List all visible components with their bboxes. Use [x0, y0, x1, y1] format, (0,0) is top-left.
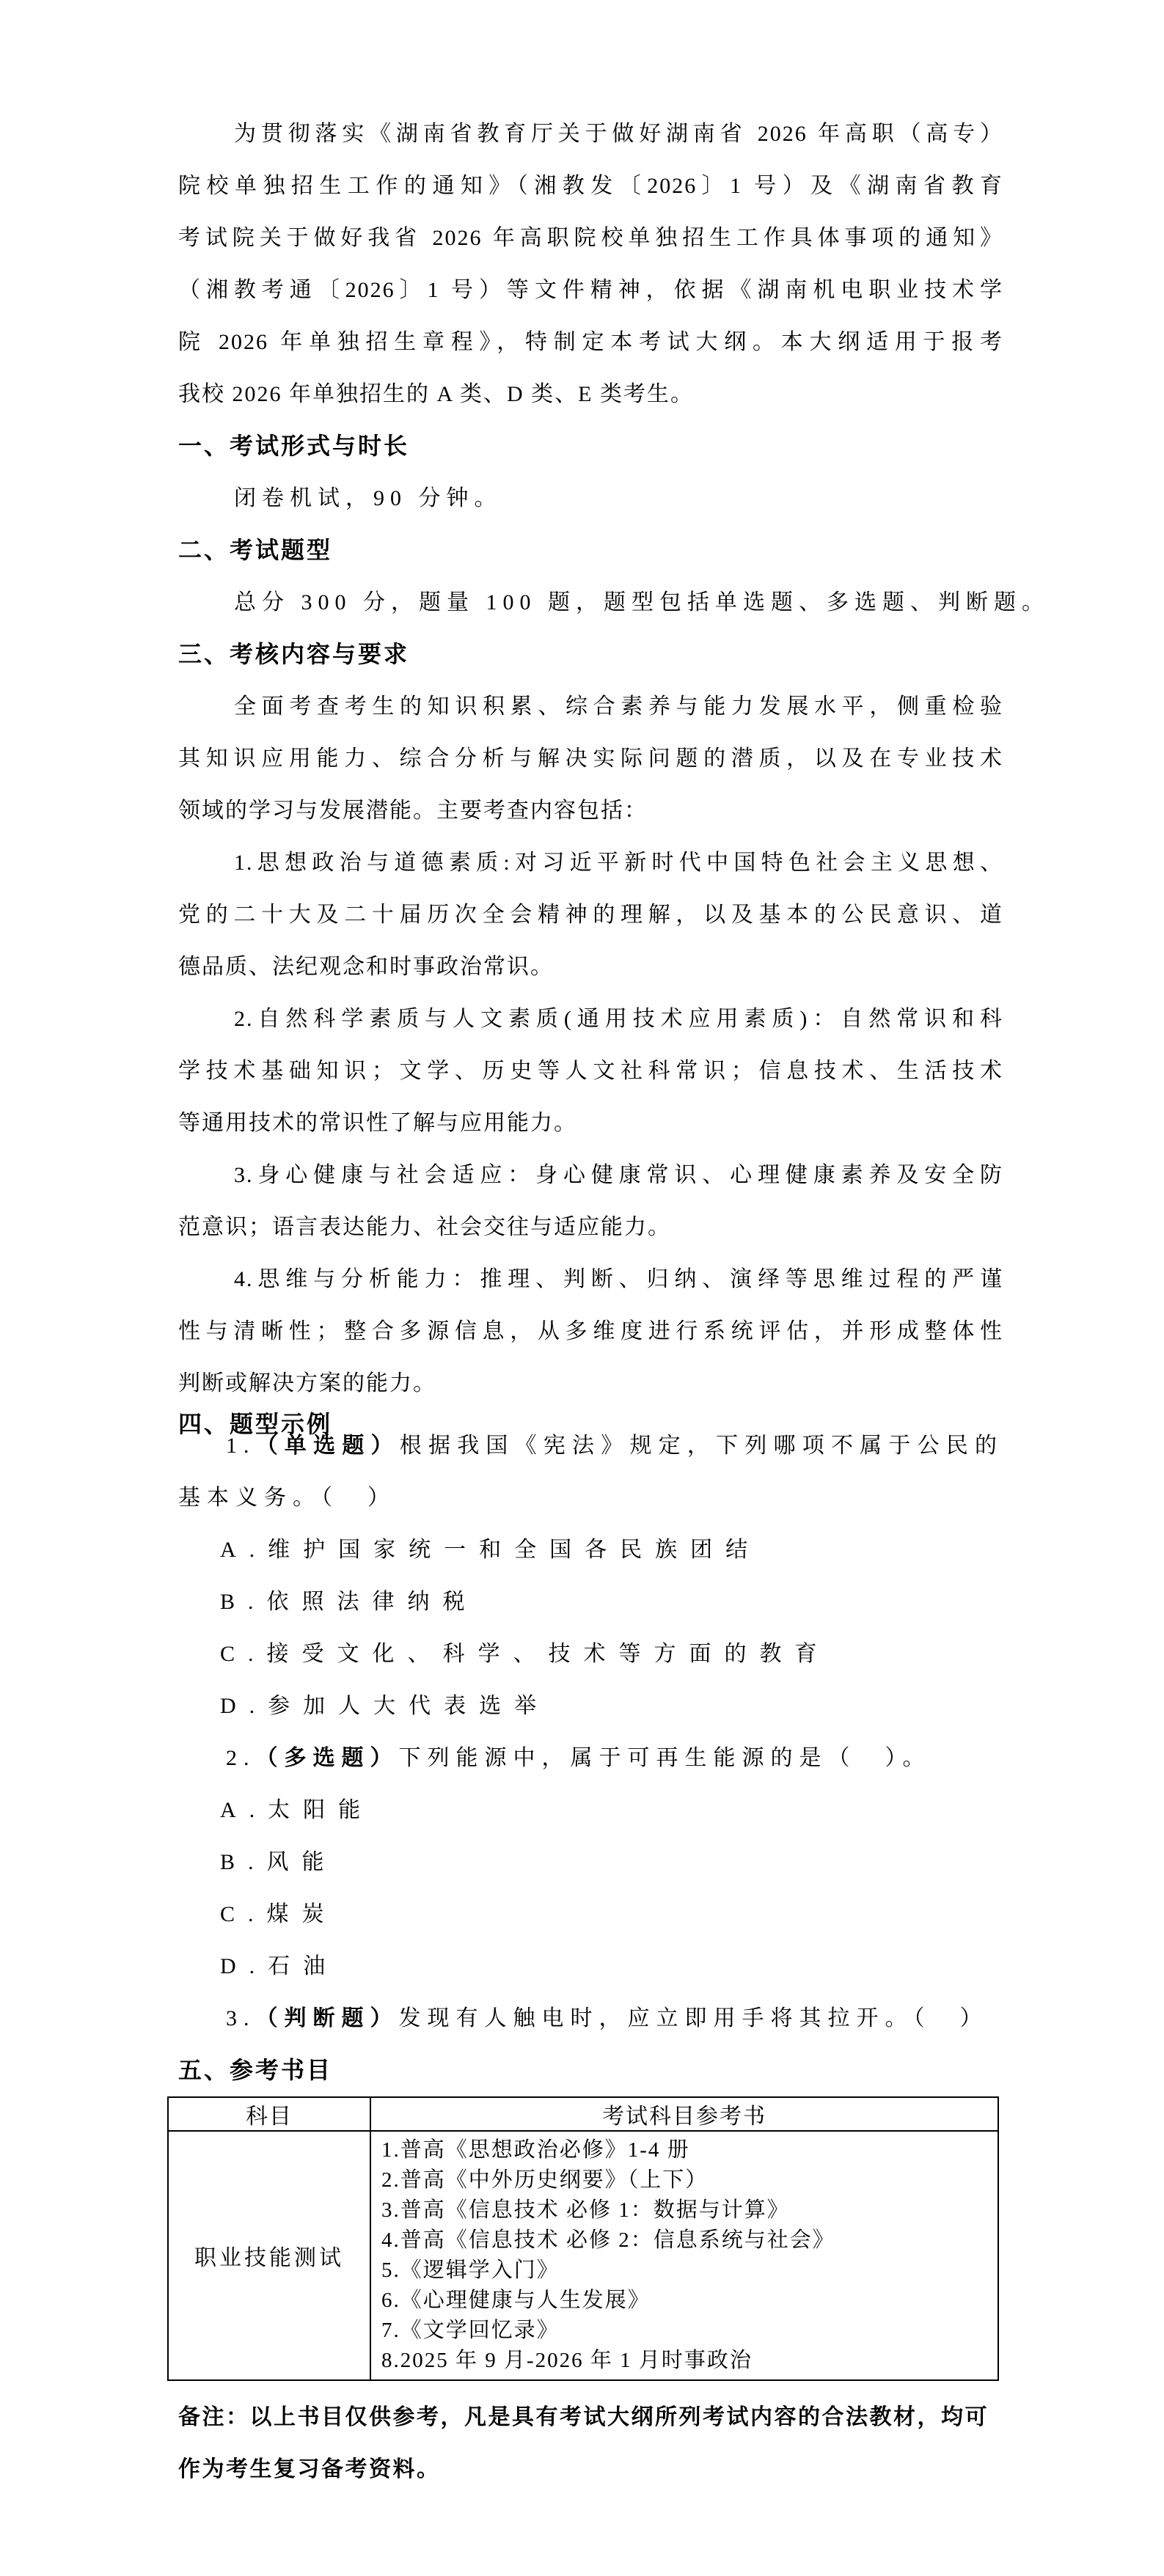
section-5-heading: 五、参考书目: [178, 2044, 1003, 2096]
section-3-item-1: 1.思想政治与道德素质:对习近平新时代中国特色社会主义思想、党的二十大及二十届历…: [178, 837, 1003, 993]
question-3: 3.（判断题）发现有人触电时，应立即用手将其拉开。（ ）: [178, 1992, 1003, 2044]
document-body: 为贯彻落实《湖南省教育厅关于做好湖南省 2026 年高职（高专）院校单独招生工作…: [178, 0, 1003, 2495]
question-3-type-badge: （判断题）: [256, 2006, 399, 2030]
section-1-heading: 一、考试形式与时长: [178, 420, 1003, 472]
document-page: 为贯彻落实《湖南省教育厅关于做好湖南省 2026 年高职（高专）院校单独招生工作…: [0, 0, 1164, 2576]
question-2-number: 2.: [226, 1746, 256, 1770]
table-cell-subject: 职业技能测试: [168, 2131, 370, 2380]
section-3-item-4: 4.思维与分析能力：推理、判断、归纳、演绎等思维过程的严谨性与清晰性；整合多源信…: [178, 1253, 1003, 1409]
book-list: 1.普高《思想政治必修》1-4 册2.普高《中外历史纲要》（上下）3.普高《信息…: [371, 2132, 998, 2379]
question-1: 1.（单选题）根据我国《宪法》规定，下列哪项不属于公民的基本义务。（ ）: [178, 1420, 1003, 1524]
section-3-heading: 三、考核内容与要求: [178, 628, 1003, 680]
question-2: 2.（多选题）下列能源中，属于可再生能源的是（ ）。: [178, 1732, 1003, 1784]
question-1-type-badge: （单选题）: [256, 1434, 400, 1458]
section-3-item-2: 2.自然科学素质与人文素质(通用技术应用素质)：自然常识和科学技术基础知识；文学…: [178, 993, 1003, 1149]
reference-books-table: 科目 考试科目参考书 职业技能测试 1.普高《思想政治必修》1-4 册2.普高《…: [167, 2096, 999, 2381]
section-3-overview: 全面考查考生的知识积累、综合素养与能力发展水平，侧重检验其知识应用能力、综合分析…: [178, 680, 1003, 837]
question-1-number: 1.: [226, 1434, 256, 1458]
question-2-options: A.太阳能B.风能C.煤炭D.石油: [178, 1784, 1003, 1992]
question-2-text: 下列能源中，属于可再生能源的是（ ）。: [399, 1746, 931, 1770]
table-header-row: 科目 考试科目参考书: [168, 2097, 998, 2131]
question-1-options: A.维护国家统一和全国各民族团结B.依照法律纳税C.接受文化、科学、技术等方面的…: [178, 1524, 1003, 1732]
question-3-number: 3.: [226, 2006, 256, 2030]
section-2-body: 总分 300 分，题量 100 题，题型包括单选题、多选题、判断题。: [178, 576, 1003, 628]
table-row: 职业技能测试 1.普高《思想政治必修》1-4 册2.普高《中外历史纲要》（上下）…: [168, 2131, 998, 2380]
section-1-body: 闭卷机试，90 分钟。: [178, 472, 1003, 524]
question-2-type-badge: （多选题）: [256, 1746, 399, 1770]
table-cell-books: 1.普高《思想政治必修》1-4 册2.普高《中外历史纲要》（上下）3.普高《信息…: [370, 2131, 998, 2380]
table-header-subject: 科目: [168, 2097, 370, 2131]
note-paragraph: 备注：以上书目仅供参考，凡是具有考试大纲所列考试内容的合法教材，均可作为考生复习…: [178, 2391, 1003, 2495]
question-3-text: 发现有人触电时，应立即用手将其拉开。（ ）: [399, 2006, 989, 2030]
section-3-item-3: 3.身心健康与社会适应：身心健康常识、心理健康素养及安全防范意识；语言表达能力、…: [178, 1149, 1003, 1253]
section-2-heading: 二、考试题型: [178, 524, 1003, 576]
table-header-books: 考试科目参考书: [370, 2097, 998, 2131]
intro-paragraph: 为贯彻落实《湖南省教育厅关于做好湖南省 2026 年高职（高专）院校单独招生工作…: [178, 108, 1003, 420]
